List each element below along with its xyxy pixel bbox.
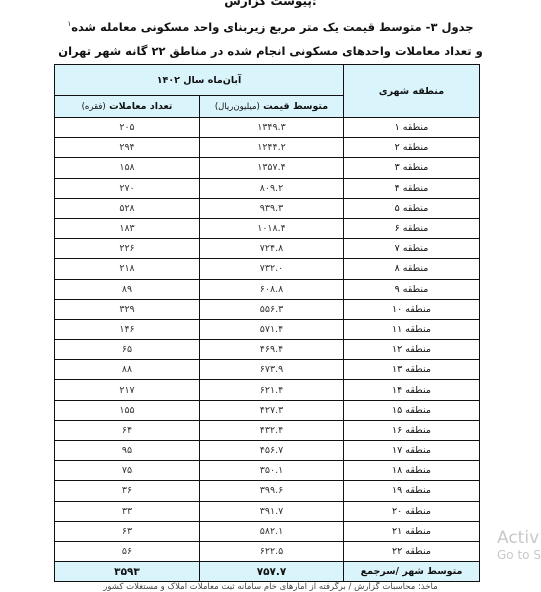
- count-cell: ۲۹۴: [55, 138, 200, 158]
- region-cell: منطقه ۱۸: [344, 461, 480, 481]
- price-cell: ۶۷۳.۹: [200, 360, 344, 380]
- count-cell: ۸۹: [55, 279, 200, 299]
- watermark-line2: Go to S: [497, 548, 541, 563]
- price-cell: ۱۲۴۴.۲: [200, 138, 344, 158]
- header-price-label: متوسط قیمت: [263, 101, 328, 112]
- table-row: منطقه ۸۷۳۲.۰۲۱۸: [55, 259, 480, 279]
- region-cell: منطقه ۱۱: [344, 319, 480, 339]
- region-cell: منطقه ۱۵: [344, 400, 480, 420]
- price-cell: ۳۹۹.۶: [200, 481, 344, 501]
- windows-activation-watermark: Activ Go to S: [497, 528, 541, 563]
- region-cell: منطقه ۱۳: [344, 360, 480, 380]
- count-cell: ۱۸۳: [55, 218, 200, 238]
- price-cell: ۴۶۹.۴: [200, 340, 344, 360]
- table-row: منطقه ۲۰۳۹۱.۷۳۳: [55, 501, 480, 521]
- price-cell: ۱۰۱۸.۴: [200, 218, 344, 238]
- count-cell: ۲۲۶: [55, 239, 200, 259]
- region-cell: منطقه ۱: [344, 118, 480, 138]
- price-cell: ۴۲۷.۳: [200, 400, 344, 420]
- region-cell: منطقه ۳: [344, 158, 480, 178]
- count-cell: ۱۴۶: [55, 319, 200, 339]
- price-cell: ۴۵۶.۷: [200, 441, 344, 461]
- count-cell: ۱۵۸: [55, 158, 200, 178]
- price-cell: ۶۲۱.۴: [200, 380, 344, 400]
- count-cell: ۵۶: [55, 541, 200, 561]
- table-row: منطقه ۳۱۳۵۷.۴۱۵۸: [55, 158, 480, 178]
- caption-text: جدول ۳- متوسط قیمت یک متر مربع زیربنای و…: [71, 20, 473, 34]
- count-cell: ۷۵: [55, 461, 200, 481]
- total-price-cell: ۷۵۷.۷: [200, 562, 344, 582]
- price-cell: ۷۳۲.۰: [200, 259, 344, 279]
- region-cell: منطقه ۲۱: [344, 521, 480, 541]
- table-row: منطقه ۲۱۵۸۲.۱۶۳: [55, 521, 480, 541]
- table-row: منطقه ۱۲۴۶۹.۴۶۵: [55, 340, 480, 360]
- region-cell: منطقه ۵: [344, 198, 480, 218]
- total-region-cell: متوسط شهر /سرجمع: [344, 562, 480, 582]
- table-row: منطقه ۱۹۳۹۹.۶۳۶: [55, 481, 480, 501]
- region-cell: منطقه ۶: [344, 218, 480, 238]
- header-period: آبان‌ماه سال ۱۴۰۲: [55, 65, 344, 96]
- count-cell: ۲۱۷: [55, 380, 200, 400]
- total-count-cell: ۳۵۹۳: [55, 562, 200, 582]
- source-note: ماخذ: محاسبات گزارش / برگرفته از آمارهای…: [0, 582, 541, 592]
- table-body: منطقه ۱۱۳۴۹.۳۲۰۵منطقه ۲۱۲۴۴.۲۲۹۴منطقه ۳۱…: [55, 118, 480, 582]
- price-cell: ۵۷۱.۴: [200, 319, 344, 339]
- region-cell: منطقه ۷: [344, 239, 480, 259]
- price-cell: ۱۳۵۷.۴: [200, 158, 344, 178]
- region-cell: منطقه ۱۴: [344, 380, 480, 400]
- header-price: متوسط قیمت (میلیون‌ریال): [200, 96, 344, 118]
- region-cell: منطقه ۱۲: [344, 340, 480, 360]
- region-cell: منطقه ۸: [344, 259, 480, 279]
- table-row: منطقه ۱۴۶۲۱.۴۲۱۷: [55, 380, 480, 400]
- table-row: منطقه ۱۵۴۲۷.۳۱۵۵: [55, 400, 480, 420]
- count-cell: ۲۰۵: [55, 118, 200, 138]
- table-row: منطقه ۶۱۰۱۸.۴۱۸۳: [55, 218, 480, 238]
- price-cell: ۶۰۸.۸: [200, 279, 344, 299]
- count-cell: ۲۱۸: [55, 259, 200, 279]
- price-cell: ۵۸۲.۱: [200, 521, 344, 541]
- table-row: منطقه ۷۷۲۴.۸۲۲۶: [55, 239, 480, 259]
- table-row: منطقه ۱۰۵۵۶.۳۳۲۹: [55, 299, 480, 319]
- header-region: منطقه شهری: [344, 65, 480, 118]
- table-row: منطقه ۱۱۳۴۹.۳۲۰۵: [55, 118, 480, 138]
- header-count: تعداد معاملات (فقره): [55, 96, 200, 118]
- region-cell: منطقه ۱۶: [344, 420, 480, 440]
- count-cell: ۳۳: [55, 501, 200, 521]
- appendix-heading: پیوست گزارش:: [0, 0, 541, 8]
- price-cell: ۵۵۶.۳: [200, 299, 344, 319]
- table-row: منطقه ۱۶۴۳۲.۴۶۴: [55, 420, 480, 440]
- count-cell: ۹۵: [55, 441, 200, 461]
- count-cell: ۲۷۰: [55, 178, 200, 198]
- price-cell: ۱۳۴۹.۳: [200, 118, 344, 138]
- table-caption-line2: و تعداد معاملات واحدهای مسکونی انجام شده…: [0, 44, 541, 58]
- table-row: منطقه ۲۲۶۲۲.۵۵۶: [55, 541, 480, 561]
- region-cell: منطقه ۲: [344, 138, 480, 158]
- table-row: منطقه ۲۱۲۴۴.۲۲۹۴: [55, 138, 480, 158]
- table-row: منطقه ۴۸۰۹.۲۲۷۰: [55, 178, 480, 198]
- price-cell: ۳۹۱.۷: [200, 501, 344, 521]
- count-cell: ۱۵۵: [55, 400, 200, 420]
- count-cell: ۶۵: [55, 340, 200, 360]
- price-cell: ۴۳۲.۴: [200, 420, 344, 440]
- count-cell: ۶۴: [55, 420, 200, 440]
- count-cell: ۵۲۸: [55, 198, 200, 218]
- total-row: متوسط شهر /سرجمع۷۵۷.۷۳۵۹۳: [55, 562, 480, 582]
- header-count-label: تعداد معاملات: [109, 101, 172, 112]
- price-cell: ۹۳۹.۳: [200, 198, 344, 218]
- table-row: منطقه ۱۳۶۷۳.۹۸۸: [55, 360, 480, 380]
- housing-price-table: منطقه شهری آبان‌ماه سال ۱۴۰۲ متوسط قیمت …: [54, 64, 480, 582]
- price-cell: ۸۰۹.۲: [200, 178, 344, 198]
- count-cell: ۳۲۹: [55, 299, 200, 319]
- table-row: منطقه ۱۷۴۵۶.۷۹۵: [55, 441, 480, 461]
- region-cell: منطقه ۲۲: [344, 541, 480, 561]
- table-row: منطقه ۱۱۵۷۱.۴۱۴۶: [55, 319, 480, 339]
- region-cell: منطقه ۲۰: [344, 501, 480, 521]
- region-cell: منطقه ۱۹: [344, 481, 480, 501]
- count-cell: ۶۳: [55, 521, 200, 541]
- table-caption-line1: جدول ۳- متوسط قیمت یک متر مربع زیربنای و…: [0, 20, 541, 34]
- price-cell: ۳۵۰.۱: [200, 461, 344, 481]
- count-cell: ۸۸: [55, 360, 200, 380]
- table-row: منطقه ۱۸۳۵۰.۱۷۵: [55, 461, 480, 481]
- price-cell: ۷۲۴.۸: [200, 239, 344, 259]
- region-cell: منطقه ۱۰: [344, 299, 480, 319]
- region-cell: منطقه ۱۷: [344, 441, 480, 461]
- table-row: منطقه ۹۶۰۸.۸۸۹: [55, 279, 480, 299]
- count-cell: ۳۶: [55, 481, 200, 501]
- price-cell: ۶۲۲.۵: [200, 541, 344, 561]
- watermark-line1: Activ: [497, 528, 541, 548]
- header-price-unit: (میلیون‌ریال): [215, 102, 260, 112]
- header-count-unit: (فقره): [82, 102, 106, 112]
- region-cell: منطقه ۴: [344, 178, 480, 198]
- region-cell: منطقه ۹: [344, 279, 480, 299]
- table-row: منطقه ۵۹۳۹.۳۵۲۸: [55, 198, 480, 218]
